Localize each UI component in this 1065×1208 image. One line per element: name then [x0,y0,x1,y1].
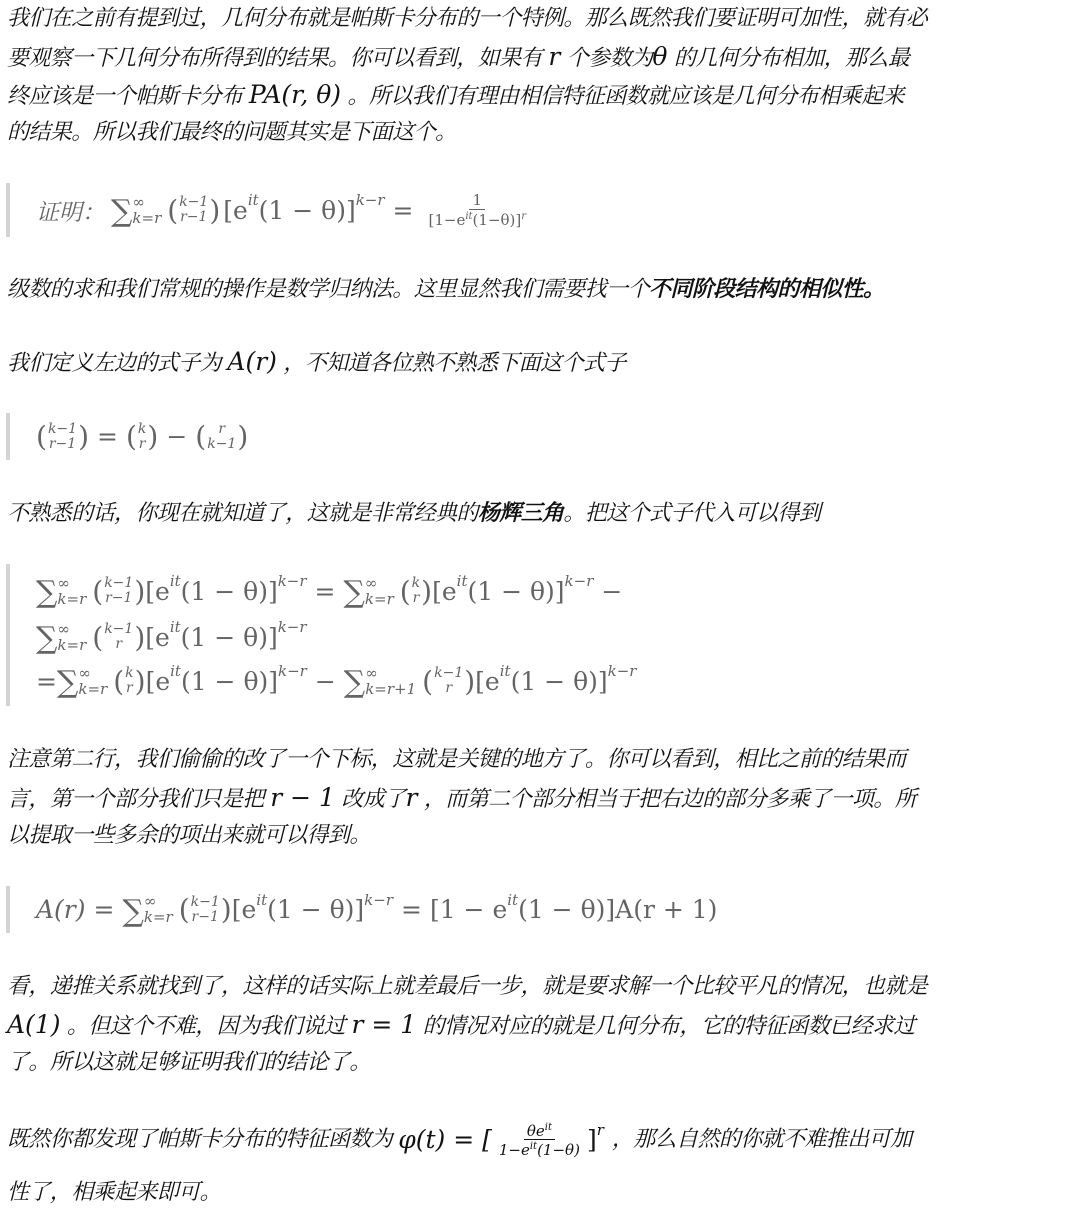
text-line: 终应该是一个帕斯卡分布 PA(r, θ) 。所以我们有理由相信特征函数就应该是几… [7,76,1057,114]
binomial: (k−1r−1) [36,420,89,453]
blockquote-proof: 证明： ∑ ∞k=r (k−1r−1) [eit(1 − θ)]k−r = 1[… [6,183,533,237]
text-line: 我们在之前有提到过，几何分布就是帕斯卡分布的一个特例。那么既然我们要证明可加性，… [7,0,1057,38]
math-char-function: φ(t) = [ θeit1−eit(1−θ) ]r [398,1121,604,1159]
emphasis-text: 不同阶段结构的相似性。 [649,277,884,302]
paragraph-yanghui: 不熟悉的话，你现在就知道了，这就是非常经典的杨辉三角。把这个式子代入可以得到 [7,495,1057,533]
text-line: 性了，相乘起来即可。 [7,1174,1057,1208]
binomial: (kr) [126,420,158,453]
blockquote-expansion: ∑∞k=r (k−1r−1) [eit(1 − θ)]k−r = ∑∞k=r (… [6,564,636,706]
text-line: 了。所以这就足够证明我们的结论了。 [7,1044,1057,1082]
text-line: 看，递推关系就找到了，这样的话实际上就差最后一步，就是要求解一个比较平凡的情况，… [7,968,1057,1006]
math-text: (1 − θ)] [259,196,356,225]
fraction: θeit1−eit(1−θ) [496,1122,583,1159]
text-segment: 我们定义左边的式子为 [7,351,221,376]
superscript: it [248,191,259,209]
text-segment: 。所以我们有理由相信特征函数就应该是几何分布相乘起来 [347,84,903,109]
minus: − [166,422,187,451]
math-A-r: A(r) [227,347,277,376]
superscript: k−r [356,191,385,209]
math-text: [e [223,196,248,225]
text-segment: 。但这个不难，因为我们说过 [67,1014,345,1039]
text-line: 注意第二行，我们偷偷的改了一个下标，这就是关键的地方了。你可以看到，相比之前的结… [7,741,1057,779]
equals: = [393,196,414,225]
paragraph-conclusion: 既然你都发现了帕斯卡分布的特征函数为 φ(t) = [ θeit1−eit(1−… [7,1118,1057,1208]
text-segment: ，不知道各位熟不熟悉下面这个式子 [283,351,625,376]
identity-formula: (k−1r−1) = (kr) − (rk−1) [36,420,248,453]
text-line: 我们定义左边的式子为 A(r) ，不知道各位熟不熟悉下面这个式子 [7,343,1057,381]
text-segment: 言，第一个部分我们只是把 [7,787,264,812]
binomial: (k−1r−1) [167,194,220,227]
paren: ) [209,194,220,227]
fraction: 1[1−eit(1−θ)]r [425,192,529,228]
expansion-line-3: = ∑∞k=r (kr) [eit(1 − θ)]k−r − ∑∞k=r+1 (… [36,660,636,702]
text-segment: 既然你都发现了帕斯卡分布的特征函数为 [7,1121,392,1159]
sum-upper: ∞ [132,195,161,210]
fraction-numerator: 1 [469,192,485,210]
fraction-denominator: [1−eit(1−θ)]r [425,210,529,229]
text-line: 不熟悉的话，你现在就知道了，这就是非常经典的杨辉三角。把这个式子代入可以得到 [7,495,1057,533]
proof-formula: ∑ ∞k=r (k−1r−1) [eit(1 − θ)]k−r = 1[1−ei… [111,192,533,228]
paragraph-intro: 我们在之前有提到过，几何分布就是帕斯卡分布的一个特例。那么既然我们要证明可加性，… [7,0,1057,152]
text-line: 言，第一个部分我们只是把 r − 1 改成了r ，而第二个部分相当于把右边的部分… [7,779,1057,817]
sum-lower: k=r [132,211,161,226]
text-segment: 终应该是一个帕斯卡分布 [7,84,242,109]
text-line: 的结果。所以我们最终的问题其实是下面这个。 [7,114,1057,152]
emphasis-text: 杨辉三角 [478,501,564,526]
math-A-1: A(1) [7,1010,60,1039]
proof-label: 证明： [36,194,105,227]
text-line: 既然你都发现了帕斯卡分布的特征函数为 φ(t) = [ θeit1−eit(1−… [7,1118,1057,1162]
text-segment: 不熟悉的话，你现在就知道了，这就是非常经典的 [7,501,478,526]
text-segment: ，那么自然的你就不难推出可加 [612,1121,912,1159]
text-segment: 的情况对应的就是几何分布，它的特征函数已经求过 [423,1014,915,1039]
expansion-line-2: ∑∞k=r (k−1r) [eit(1 − θ)]k−r [36,614,636,660]
text-segment: 个参数为 [567,46,653,71]
equals: = [97,422,118,451]
expansion-line-1: ∑∞k=r (k−1r−1) [eit(1 − θ)]k−r = ∑∞k=r (… [36,568,636,614]
math-r: r [406,783,418,812]
text-line: 要观察一下几何分布所得到的结果。你可以看到，如果有 r 个参数为θ 的几何分布相… [7,38,1057,76]
math-pascal: PA(r, θ) [249,80,341,109]
math-r-equals-1: r = 1 [351,1010,416,1039]
paren: ( [167,194,178,227]
math-theta: θ [652,42,667,71]
text-segment: 要观察一下几何分布所得到的结果。你可以看到，如果有 [7,46,542,71]
paragraph-note: 注意第二行，我们偷偷的改了一个下标，这就是关键的地方了。你可以看到，相比之前的结… [7,741,1057,855]
text-line: 级数的求和我们常规的操作是数学归纳法。这里显然我们需要找一个不同阶段结构的相似性… [7,271,1057,309]
paragraph-induction: 级数的求和我们常规的操作是数学归纳法。这里显然我们需要找一个不同阶段结构的相似性… [7,271,1057,309]
sum-limits: ∞k=r [132,195,161,226]
binom-bottom: r−1 [179,210,208,225]
blockquote-pascal-identity: (k−1r−1) = (kr) − (rk−1) [6,413,248,460]
math-r-minus-1: r − 1 [270,783,335,812]
sum-symbol: ∑ [111,197,132,227]
text-segment: 。把这个式子代入可以得到 [563,501,820,526]
binom-stack: k−1r−1 [178,195,209,224]
paragraph-recurrence-found: 看，递推关系就找到了，这样的话实际上就差最后一步，就是要求解一个比较平凡的情况，… [7,968,1057,1082]
binom-top: k−1 [179,195,208,210]
text-line: 以提取一些多余的项出来就可以得到。 [7,817,1057,855]
paragraph-define: 我们定义左边的式子为 A(r) ，不知道各位熟不熟悉下面这个式子 [7,343,1057,381]
binomial: (rk−1) [195,420,248,453]
recurrence-formula: A(r)= ∑∞k=r (k−1r−1) [eit(1 − θ)]k−r = [… [36,893,717,926]
blockquote-recurrence: A(r)= ∑∞k=r (k−1r−1) [eit(1 − θ)]k−r = [… [6,886,717,933]
text-segment: 级数的求和我们常规的操作是数学归纳法。这里显然我们需要找一个 [7,277,649,302]
text-segment: 的几何分布相加，那么最 [674,46,909,71]
text-segment: ，而第二个部分相当于把右边的部分多乘了一项。所 [424,787,916,812]
text-line: A(1) 。但这个不难，因为我们说过 r = 1 的情况对应的就是几何分布，它的… [7,1006,1057,1044]
math-r: r [548,42,560,71]
text-segment: 改成了 [341,787,405,812]
